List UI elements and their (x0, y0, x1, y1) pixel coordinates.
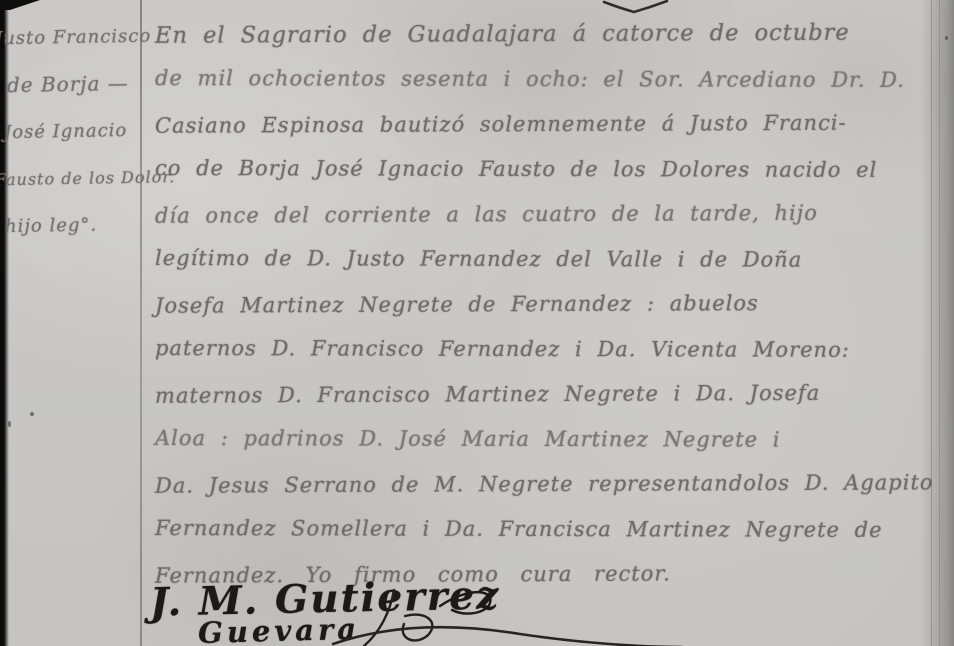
paper-speck (8, 421, 11, 427)
margin-line: de Borja — (0, 60, 143, 110)
entry-body-text: En el Sagrario de Guadalajara á catorce … (155, 12, 943, 597)
manuscript-line: Aloa : padrinos D. José Maria Martinez N… (155, 416, 943, 463)
manuscript-line: Fernandez Somellera i Da. Francisca Mart… (155, 506, 943, 553)
manuscript-line: Josefa Martinez Negrete de Fernandez : a… (155, 280, 943, 328)
manuscript-line: día once del corriente a las cuatro de l… (155, 190, 943, 238)
scanned-register-page: Justo Francisco de Borja — José Ignacio … (0, 0, 954, 646)
manuscript-line: paternos D. Francisco Fernandez i Da. Vi… (155, 326, 943, 373)
margin-annotation-column: Justo Francisco de Borja — José Ignacio … (0, 14, 143, 249)
margin-line: José Ignacio (0, 107, 143, 157)
scan-corner-shadow (0, 0, 40, 10)
margin-line: Fausto de los Dolor. (0, 154, 143, 204)
manuscript-line: maternos D. Francisco Martinez Negrete i… (155, 370, 943, 418)
manuscript-line: co de Borja José Ignacio Fausto de los D… (155, 146, 943, 193)
manuscript-line: En el Sagrario de Guadalajara á catorce … (155, 10, 943, 58)
page-gutter-shadow (920, 0, 954, 646)
margin-line: Justo Francisco (0, 13, 143, 63)
top-edge-pen-stroke (604, 1, 667, 12)
manuscript-line: Casiano Espinosa bautizó solemnemente á … (155, 100, 943, 148)
priest-signature: J. M. Gutierrez Guevara (150, 576, 500, 646)
manuscript-line: de mil ochocientos sesenta i ocho: el So… (155, 56, 943, 103)
manuscript-line: legítimo de D. Justo Fernandez del Valle… (155, 236, 943, 283)
paper-speck (30, 412, 34, 416)
manuscript-line: Da. Jesus Serrano de M. Negrete represen… (155, 460, 943, 508)
margin-line: hijo leg°. (0, 201, 143, 251)
